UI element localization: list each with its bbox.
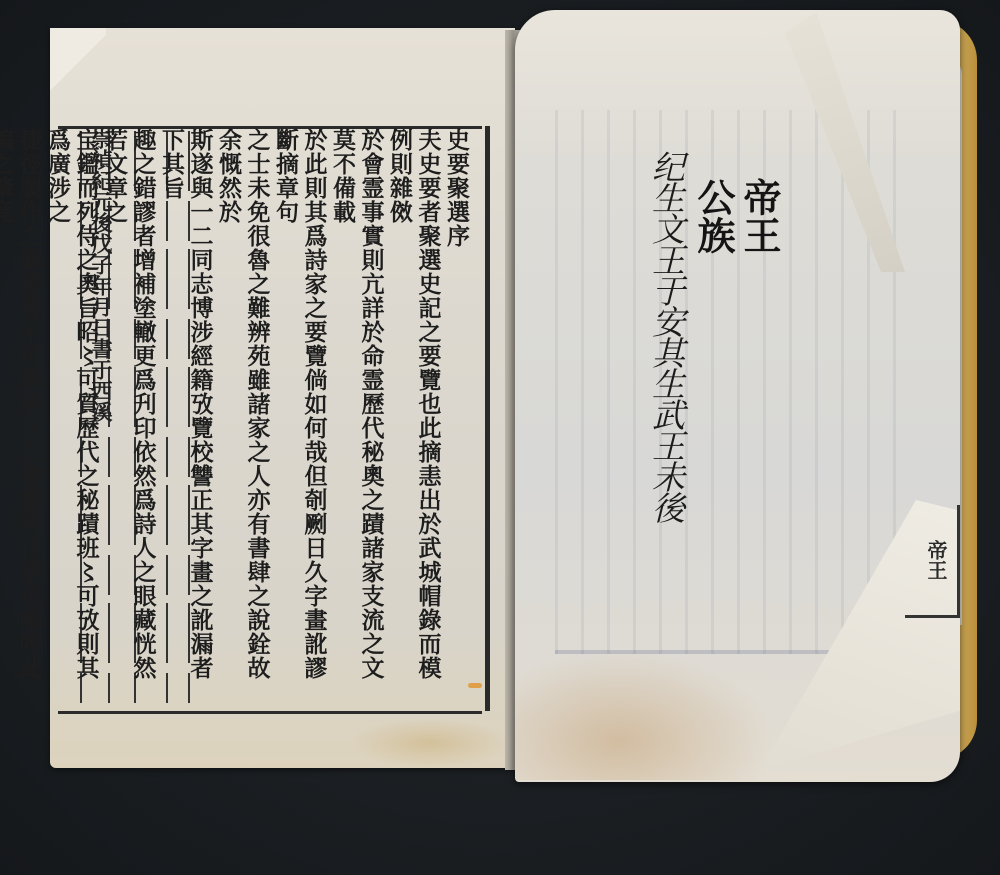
text-column: 斯遂與一二同志博涉經籍攷覽校讐正其字畫之訛漏者下其旨 <box>157 128 214 698</box>
handwritten-title-line: 公族 <box>690 178 736 254</box>
left-page: 崇禎紀元後戊子年月日書于西溪 史要聚選序 夫史要者聚選史記之要覽也此摘恚出於武城… <box>50 28 515 768</box>
preface-title: 史要聚選序 <box>442 128 471 698</box>
text-column: 夫史要者聚選史記之要覽也此摘恚出於武城帽錄而模例則雜傚 <box>385 128 442 698</box>
flap-text: 帝王 <box>922 540 951 580</box>
text-column: 捷徑製作之緊要者不可與前日之會霊同日語也嗚呼此編之肇竟 <box>0 128 43 698</box>
preface-text: 史要聚選序 夫史要者聚選史記之要覽也此摘恚出於武城帽錄而模例則雜傚 於會霊事實則… <box>130 128 470 698</box>
water-stain <box>515 650 775 780</box>
handwritten-note: 纪生文王于安其生武王未後 <box>648 150 684 522</box>
handwritten-title: 帝王 公族 <box>690 178 782 254</box>
handwritten-title-line: 帝王 <box>736 178 782 254</box>
text-column: 之士未免很魯之難辨苑雖諸家之人亦有書肆之說銓故余慨然於 <box>214 128 271 698</box>
text-column: 於此則其爲詩家之要覽倘如何哉但剞劂日久字畫訛謬斷摘章句 <box>271 128 328 698</box>
frame-right-rule <box>485 126 490 711</box>
orange-thread-mark <box>468 683 482 688</box>
text-column: 於會霊事實則亢詳於命霊歷代秘奧之蹟諸家支流之文莫不備載 <box>328 128 385 698</box>
text-column: 宝鑑而列侍之奧旨昭〻可質歷代之秘蹟班〻可攷則其爲廣涉之 <box>43 128 100 698</box>
folded-corner <box>50 28 106 98</box>
text-column: 趣之錯謬者增補塗轍更爲刋印依然爲詩人之眼藏恍然若文章之 <box>100 128 157 698</box>
